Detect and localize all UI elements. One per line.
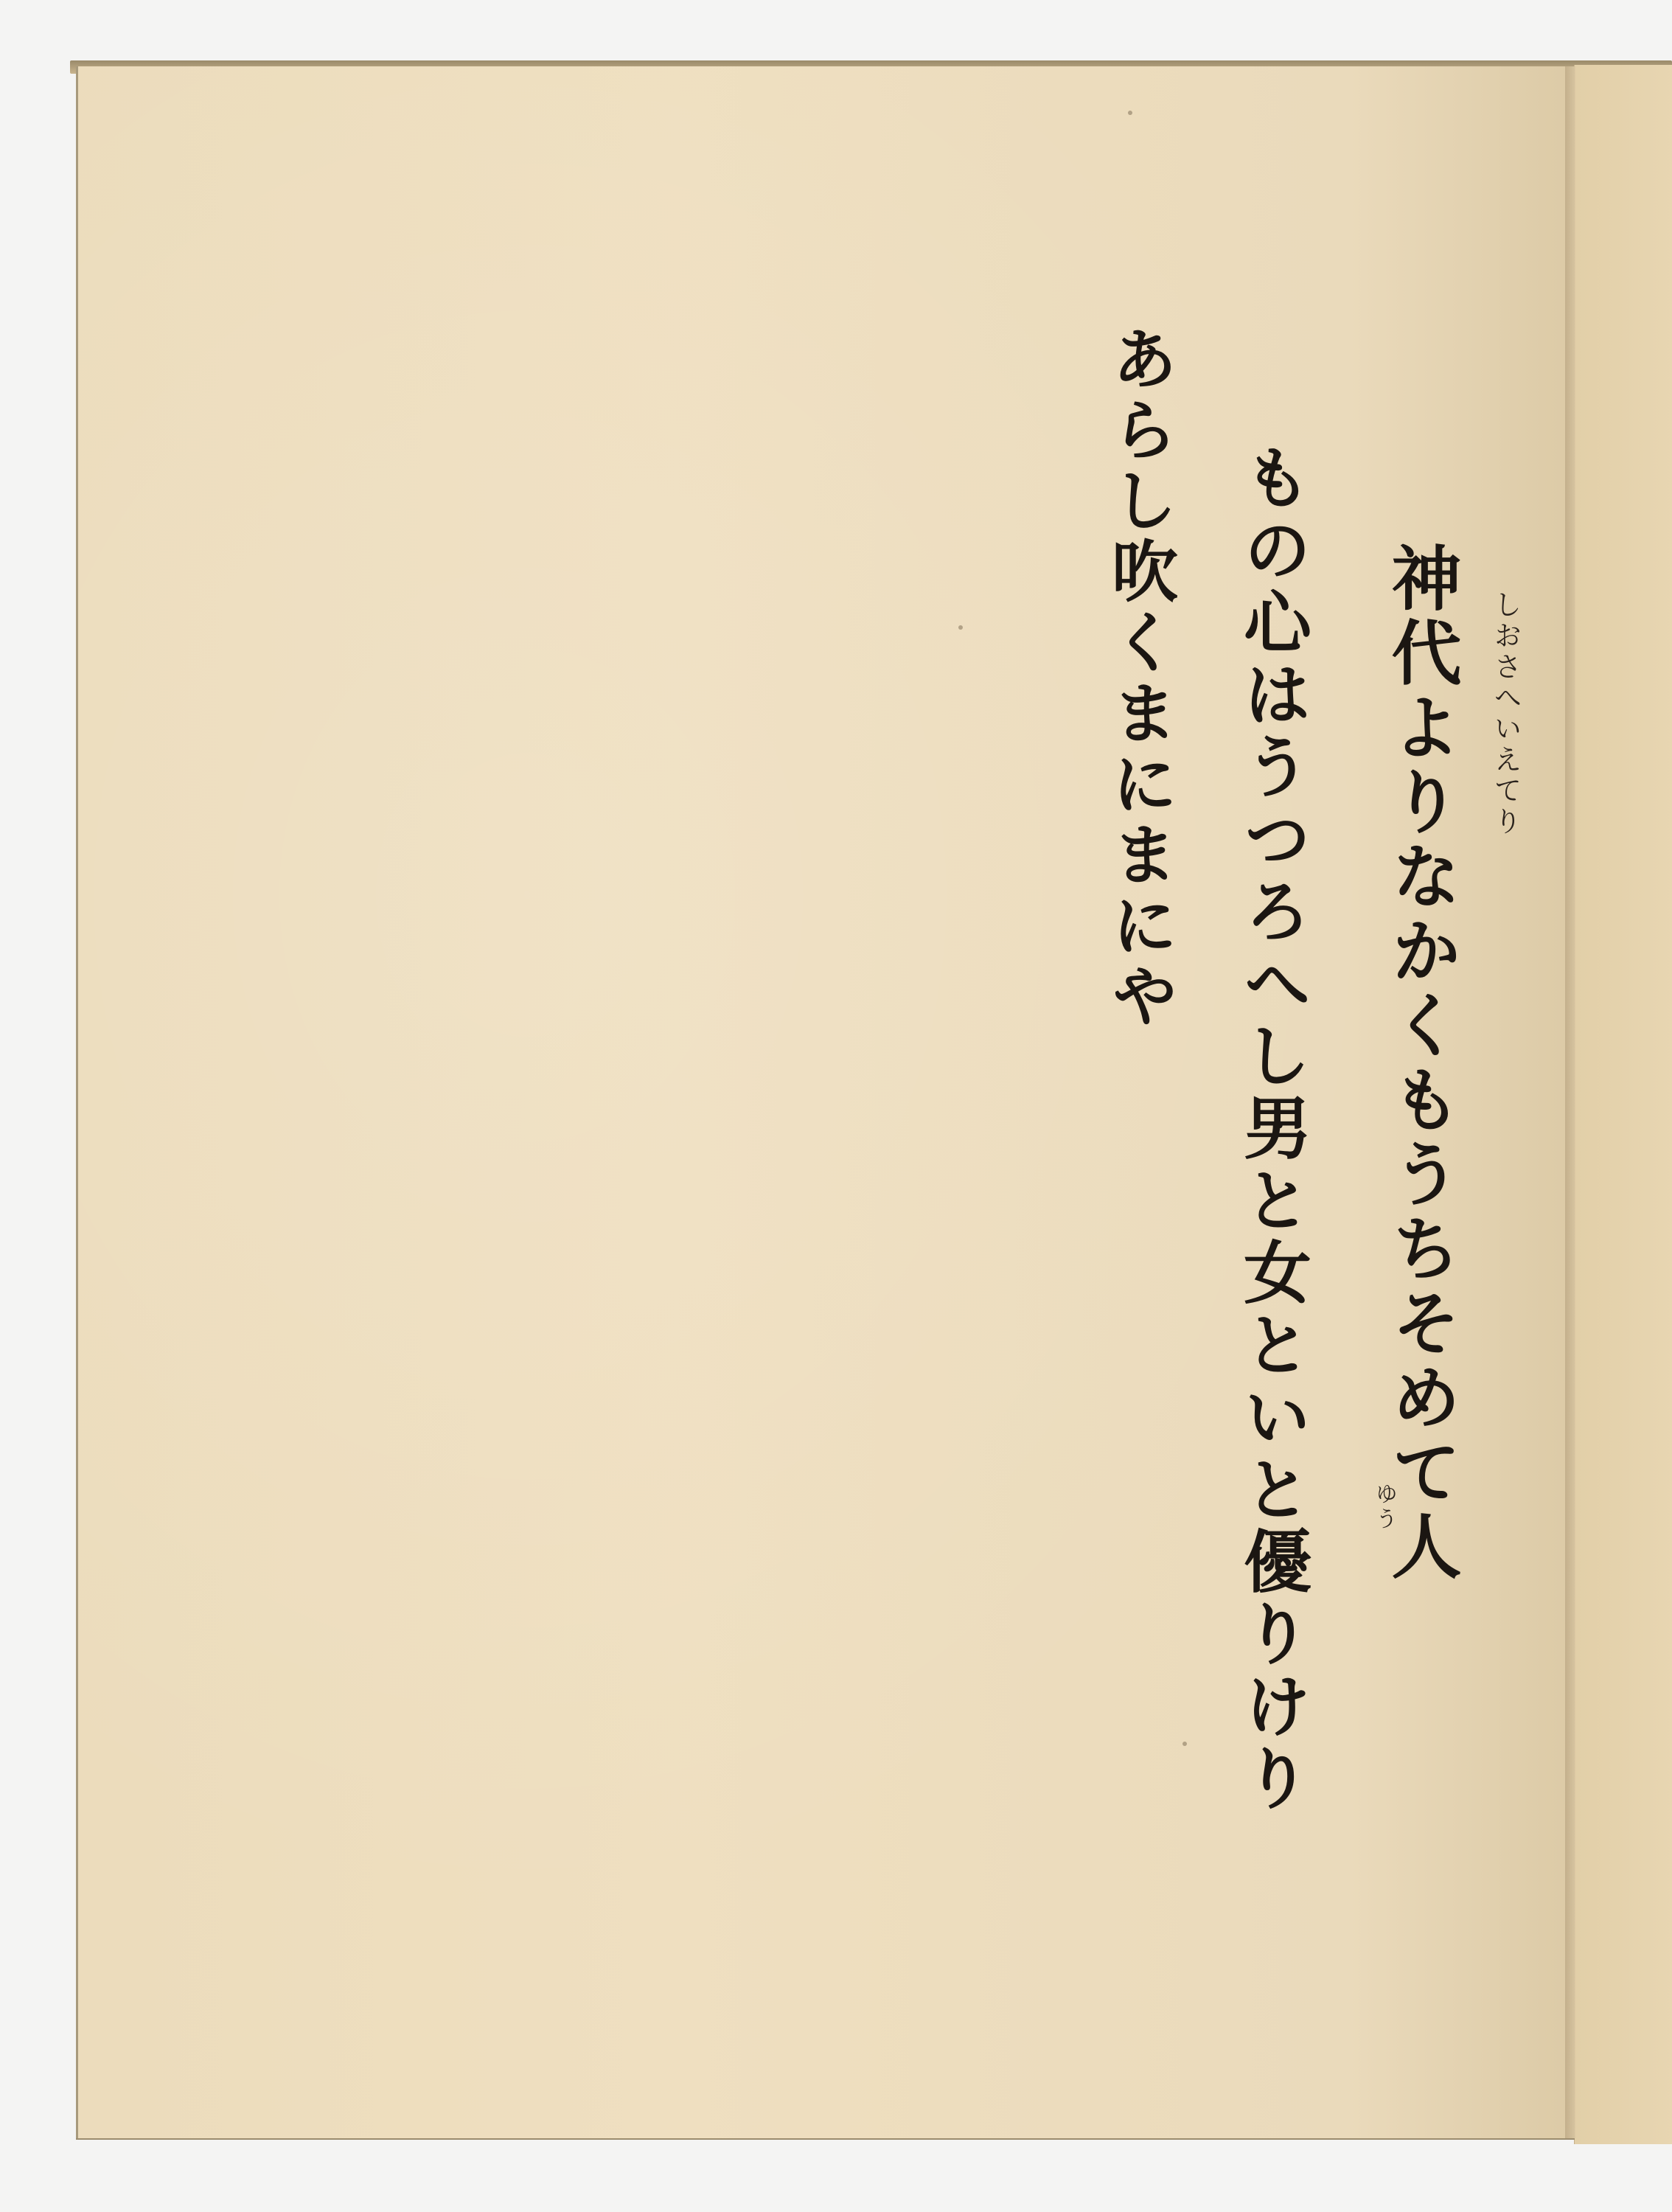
paper-speck [958,625,963,630]
manuscript-page [76,66,1575,2138]
furigana-column-2: ゆう [1368,1482,1400,1532]
paper-speck [1182,1742,1187,1746]
facing-page [1574,65,1672,2144]
spine-fold [1565,66,1575,2138]
paper-speck [1128,111,1132,115]
text-column-1: 神代よりなかくもうちそめて人 [1386,542,1456,2053]
text-column-3: あらし吹くまにまにや [1106,324,1172,1099]
furigana-column-1: しおさへいえてり [1485,590,1526,838]
text-column-2: もの心はうつろへし男と女といと優りけり [1239,442,1306,1917]
